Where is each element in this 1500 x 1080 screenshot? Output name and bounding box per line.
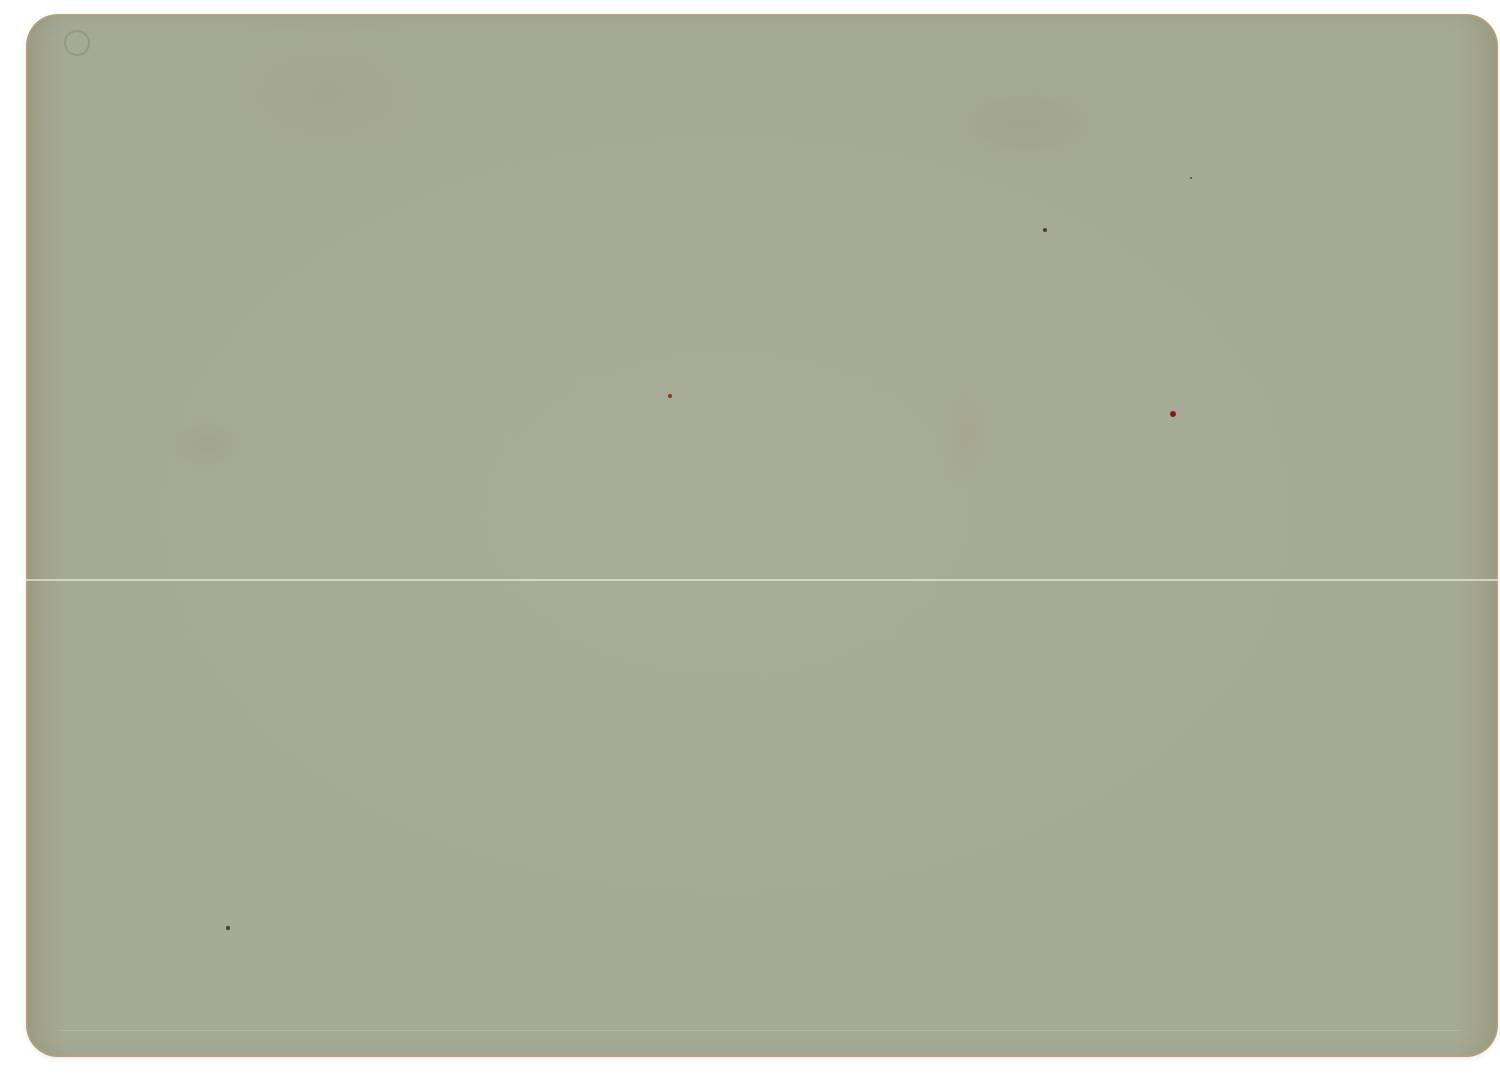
bottom-emboss-line [60, 1030, 1460, 1031]
corner-stain-ring [64, 30, 90, 56]
stain-spot [668, 394, 672, 398]
stain-spot [1043, 228, 1047, 232]
stain-spot [226, 926, 230, 930]
card-back [26, 14, 1498, 1057]
stain-spot [1190, 177, 1192, 179]
horizontal-crease [26, 579, 1498, 581]
stain-spot [1170, 411, 1176, 417]
